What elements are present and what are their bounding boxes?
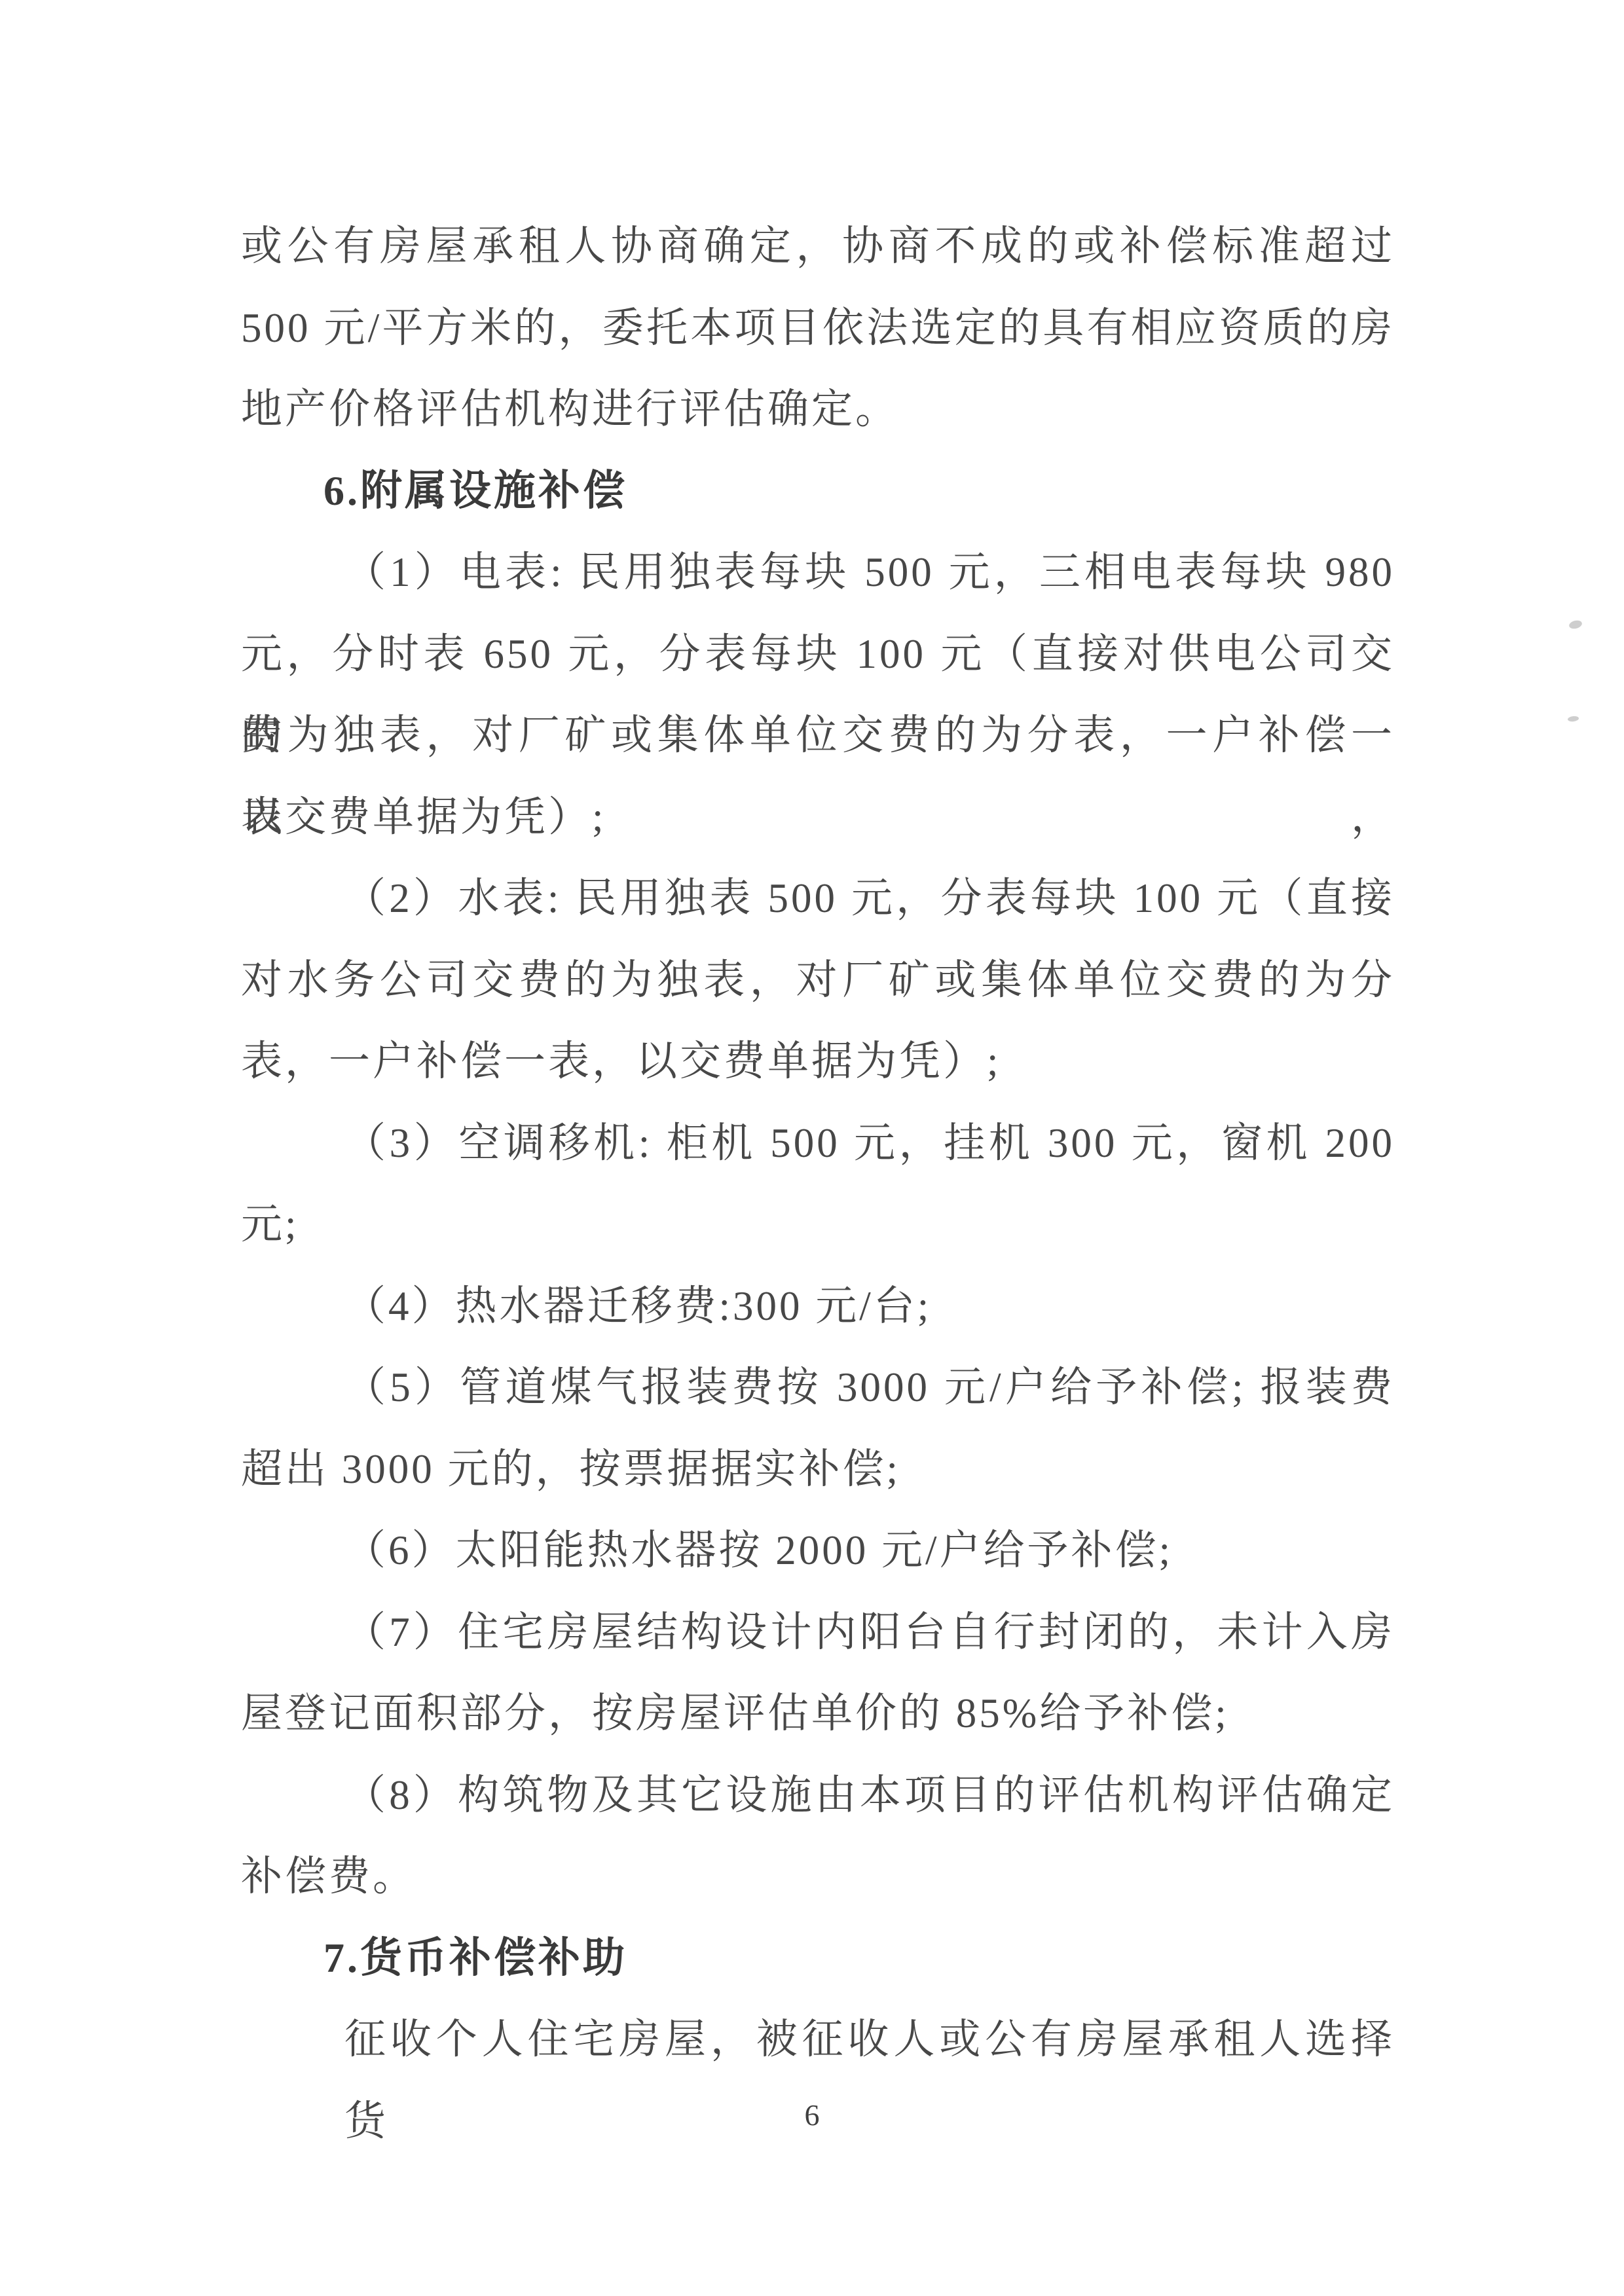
text-line: （8）构筑物及其它设施由本项目的评估机构评估确定 — [241, 1755, 1395, 1836]
text-line: （4）热水器迁移费:300 元/台; — [241, 1266, 1395, 1347]
text-line: 元，分时表 650 元，分表每块 100 元（直接对供电公司交费 — [241, 613, 1395, 695]
document-page: 或公有房屋承租人协商确定，协商不成的或补偿标准超过500 元/平方米的，委托本项… — [0, 0, 1624, 2296]
text-line: （7）住宅房屋结构设计内阳台自行封闭的，未计入房 — [241, 1592, 1395, 1673]
text-line: 屋登记面积部分，按房屋评估单价的 85%给予补偿; — [241, 1673, 1395, 1755]
text-line: 地产价格评估机构进行评估确定。 — [241, 369, 1395, 450]
text-line: （2）水表: 民用独表 500 元，分表每块 100 元（直接 — [241, 858, 1395, 939]
text-line: 的为独表，对厂矿或集体单位交费的为分表，一户补偿一表， — [241, 695, 1395, 776]
text-line: （5）管道煤气报装费按 3000 元/户给予补偿; 报装费 — [241, 1347, 1395, 1429]
text-block: 或公有房屋承租人协商确定，协商不成的或补偿标准超过500 元/平方米的，委托本项… — [241, 206, 1395, 2081]
text-line: 补偿费。 — [241, 1836, 1395, 1918]
text-line: 表，一户补偿一表，以交费单据为凭）; — [241, 1021, 1395, 1102]
text-line: 对水务公司交费的为独表，对厂矿或集体单位交费的为分 — [241, 939, 1395, 1021]
page-number: 6 — [0, 2098, 1624, 2132]
text-line: 500 元/平方米的，委托本项目依法选定的具有相应资质的房 — [241, 287, 1395, 369]
scan-smudge — [1568, 716, 1579, 722]
heading-line: 7.货币补偿补助 — [241, 1918, 1395, 1999]
text-line: （1）电表: 民用独表每块 500 元，三相电表每块 980 — [241, 532, 1395, 613]
text-line: 或公有房屋承租人协商确定，协商不成的或补偿标准超过 — [241, 206, 1395, 287]
text-line: （3）空调移机: 柜机 500 元，挂机 300 元，窗机 200 — [241, 1102, 1395, 1184]
text-line: （6）太阳能热水器按 2000 元/户给予补偿; — [241, 1510, 1395, 1592]
text-line: 征收个人住宅房屋，被征收人或公有房屋承租人选择货 — [241, 1999, 1395, 2081]
scan-smudge — [1568, 619, 1583, 630]
text-line: 超出 3000 元的，按票据据实补偿; — [241, 1429, 1395, 1510]
heading-line: 6.附属设施补偿 — [241, 450, 1395, 532]
text-line: 元; — [241, 1184, 1395, 1266]
